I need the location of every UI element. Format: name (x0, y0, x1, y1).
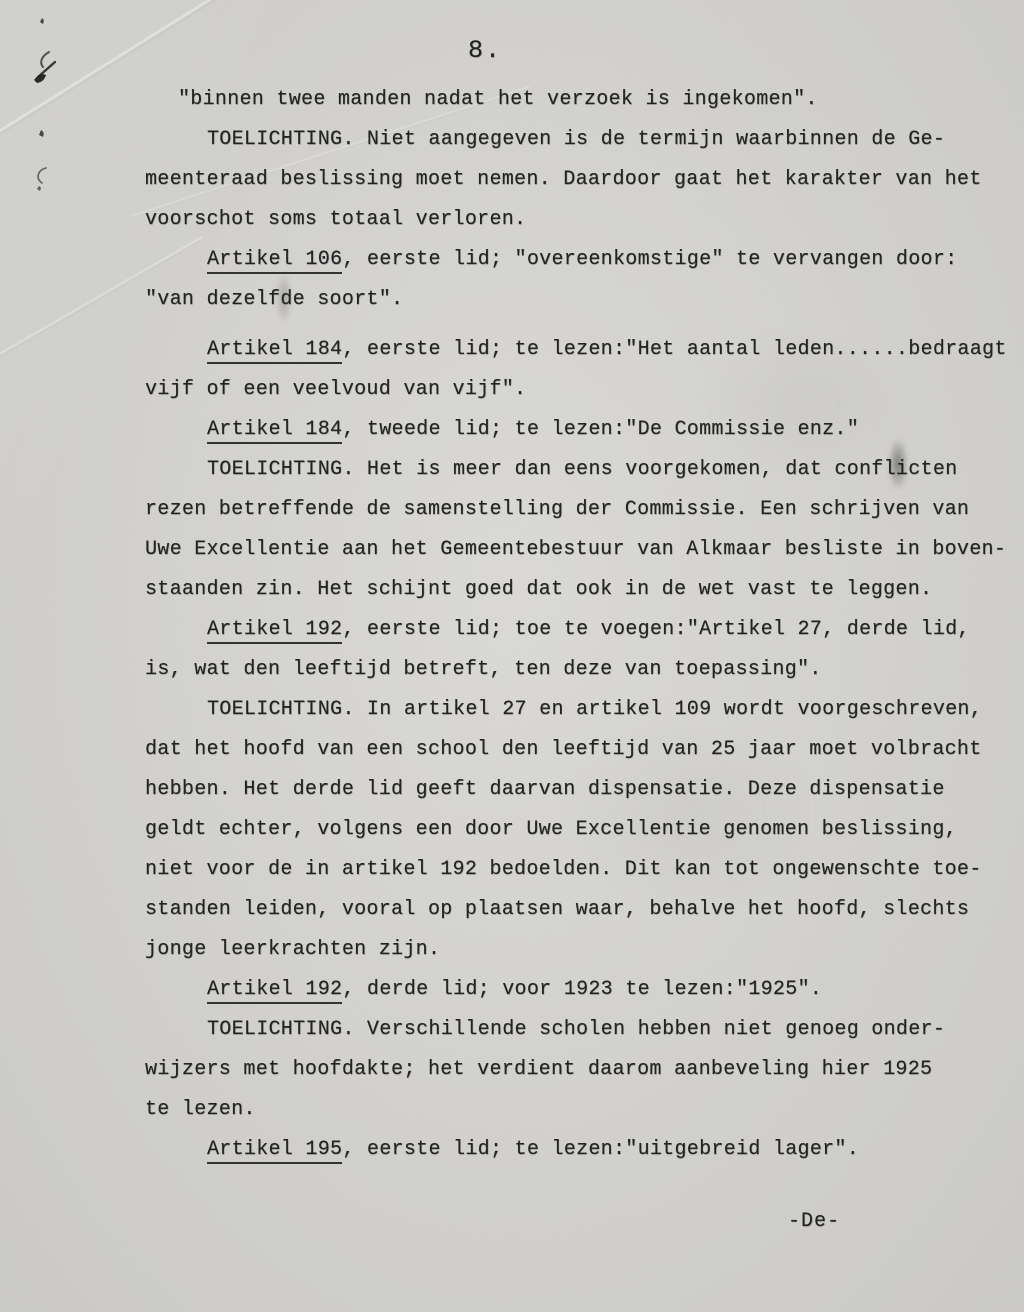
text-line: Artikel 192, derde lid; voor 1923 te lez… (145, 970, 1013, 1010)
underlined-article-ref: Artikel 192 (207, 978, 342, 1004)
text-line: "van dezelfde soort". (145, 280, 1013, 320)
text-block: "binnen twee manden nadat het verzoek is… (145, 80, 1013, 1170)
text-line: TOELICHTING. Niet aangegeven is de termi… (145, 120, 1013, 160)
text-line: jonge leerkrachten zijn. (145, 930, 1013, 970)
text-line: Artikel 195, eerste lid; te lezen:"uitge… (145, 1130, 1013, 1170)
underlined-article-ref: Artikel 184 (207, 338, 342, 364)
text-line: is, wat den leeftijd betreft, ten deze v… (145, 650, 1013, 690)
text-line: dat het hoofd van een school den leeftij… (145, 730, 1013, 770)
text-line: Uwe Excellentie aan het Gemeentebestuur … (145, 530, 1013, 570)
text-line: Artikel 192, eerste lid; toe te voegen:"… (145, 610, 1013, 650)
text-line: Artikel 184, tweede lid; te lezen:"De Co… (145, 410, 1013, 450)
text-line: meenteraad beslissing moet nemen. Daardo… (145, 160, 1013, 200)
text-line: TOELICHTING. Het is meer dan eens voorge… (145, 450, 1013, 490)
text-line: "binnen twee manden nadat het verzoek is… (145, 80, 1013, 120)
text-line: geldt echter, volgens een door Uwe Excel… (145, 810, 1013, 850)
margin-ink-marks (0, 0, 90, 220)
text-line: voorschot soms totaal verloren. (145, 200, 1013, 240)
text-line: niet voor de in artikel 192 bedoelden. D… (145, 850, 1013, 890)
text-line: staanden zin. Het schijnt goed dat ook i… (145, 570, 1013, 610)
text-line: Artikel 184, eerste lid; te lezen:"Het a… (145, 330, 1013, 370)
text-line: rezen betreffende de samenstelling der C… (145, 490, 1013, 530)
text-line: standen leiden, vooral op plaatsen waar,… (145, 890, 1013, 930)
text-line: te lezen. (145, 1090, 1013, 1130)
underlined-article-ref: Artikel 106 (207, 248, 342, 274)
underlined-article-ref: Artikel 192 (207, 618, 342, 644)
text-line: Artikel 106, eerste lid; "overeenkomstig… (145, 240, 1013, 280)
underlined-article-ref: Artikel 184 (207, 418, 342, 444)
catchword: -De- (788, 1210, 840, 1233)
text-line: TOELICHTING. Verschillende scholen hebbe… (145, 1010, 1013, 1050)
text-line: TOELICHTING. In artikel 27 en artikel 10… (145, 690, 1013, 730)
text-line: vijf of een veelvoud van vijf". (145, 370, 1013, 410)
document-page: 8. "binnen twee manden nadat het verzoek… (0, 0, 1024, 1312)
underlined-article-ref: Artikel 195 (207, 1138, 342, 1164)
text-line: wijzers met hoofdakte; het verdient daar… (145, 1050, 1013, 1090)
page-number: 8. (468, 36, 502, 65)
text-line: hebben. Het derde lid geeft daarvan disp… (145, 770, 1013, 810)
